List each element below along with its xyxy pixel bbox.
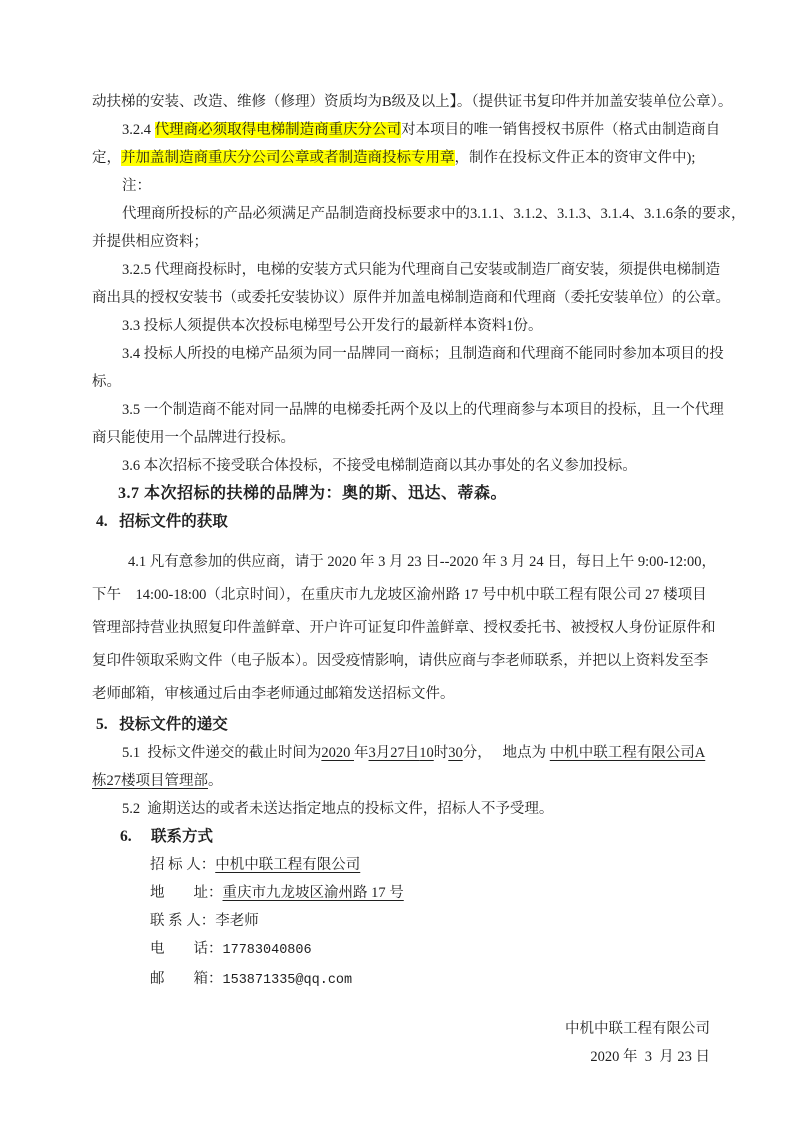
clause-3-5-line-1: 3.5 一个制造商不能对同一品牌的电梯委托两个及以上的代理商参与本项目的投标，且…	[92, 396, 712, 424]
text-segment: 年	[354, 745, 369, 761]
text-segment: 商只能使用一个品牌进行投标。	[92, 430, 295, 446]
submission-place-continued: 栋27楼项目管理部	[92, 773, 208, 789]
text-segment: 定，	[92, 150, 121, 166]
clause-3-6-line: 3.6 本次招标不接受联合体投标，不接受电梯制造商以其办事处的名义参加投标。	[92, 452, 712, 480]
deadline-minute: 30	[448, 745, 463, 761]
contact-address-label: 地 址：	[150, 885, 223, 901]
clause-5-1-line-1: 5.1 投标文件递交的截止时间为2020 年3月27日10时30分， 地点为 中…	[92, 739, 712, 767]
text-segment: 。	[208, 773, 223, 789]
clause-3-7-line: 3.7 本次招标的扶梯的品牌为：奥的斯、迅达、蒂森。	[92, 480, 712, 508]
highlighted-text: 代理商必须取得电梯制造商重庆分公司	[155, 122, 402, 138]
text-segment: 3.5 一个制造商不能对同一品牌的电梯委托两个及以上的代理商参与本项目的投标，且…	[122, 402, 724, 418]
text-segment: 注：	[122, 178, 151, 194]
text-segment: 分， 地点为	[463, 745, 550, 761]
text-segment: 3.7 本次招标的扶梯的品牌为：奥的斯、迅达、蒂森。	[118, 485, 507, 502]
highlighted-text: 并加盖制造商重庆分公司公章或者制造商投标专用章	[121, 150, 455, 166]
contact-tenderer-value: 中机中联工程有限公司	[215, 857, 360, 873]
footer-date: 2020 年 3 月 23 日	[92, 1043, 712, 1071]
contact-tenderer-line: 招 标 人：中机中联工程有限公司	[92, 851, 712, 879]
deadline-date: 3月27日	[369, 745, 420, 761]
submission-place: 中机中联工程有限公司A	[550, 745, 705, 761]
text-segment: 6. 联系方式	[120, 828, 213, 845]
clause-4-1-line-2: 下午 14:00-18:00（北京时间），在重庆市九龙坡区渝州路 17 号中机中…	[92, 579, 712, 612]
clause-5-1-line-2: 栋27楼项目管理部。	[92, 767, 712, 795]
contact-email-label: 邮 箱：	[150, 971, 223, 987]
clause-3-4-line-1: 3.4 投标人所投的电梯产品须为同一品牌同一商标；且制造商和代理商不能同时参加本…	[92, 340, 712, 368]
clause-3-2-5-line-2: 商出具的授权安装书（或委托安装协议）原件并加盖电梯制造商和代理商（委托安装单位）…	[92, 284, 712, 312]
contact-address-value: 重庆市九龙坡区渝州路 17 号	[223, 885, 404, 901]
text-segment: 3.4 投标人所投的电梯产品须为同一品牌同一商标；且制造商和代理商不能同时参加本…	[122, 346, 724, 362]
text-segment: 3.3 投标人须提供本次投标电梯型号公开发行的最新样本资料1份。	[122, 318, 543, 334]
text-segment: 代理商所投标的产品必须满足产品制造商投标要求中的3.1.1、3.1.2、3.1.…	[122, 206, 746, 222]
contact-person-value: 李老师	[215, 913, 259, 929]
clause-5-2-line: 5.2 逾期送达的或者未送达指定地点的投标文件，招标人不予受理。	[92, 795, 712, 823]
deadline-year: 2020	[321, 745, 354, 761]
text-segment: 管理部持营业执照复印件盖鲜章、开户许可证复印件盖鲜章、授权委托书、被授权人身份证…	[92, 620, 716, 636]
text-segment: 3.2.4	[122, 122, 155, 138]
text-segment: 5. 投标文件的递交	[96, 716, 228, 733]
clause-3-2-4-line-1: 3.2.4 代理商必须取得电梯制造商重庆分公司对本项目的唯一销售授权书原件（格式…	[92, 116, 712, 144]
heading-4: 4. 招标文件的获取	[92, 508, 712, 536]
clause-4-1-line-4: 复印件领取采购文件（电子版本）。因受疫情影响，请供应商与李老师联系，并把以上资料…	[92, 645, 712, 678]
clause-4-1-line-5: 老师邮箱，审核通过后由李老师通过邮箱发送招标文件。	[92, 678, 712, 711]
contact-tenderer-label: 招 标 人：	[150, 857, 215, 873]
heading-6: 6. 联系方式	[92, 823, 712, 851]
footer-company: 中机中联工程有限公司	[92, 1015, 712, 1043]
document-page: 动扶梯的安装、改造、维修（修理）资质均为B级及以上】。（提供证书复印件并加盖安装…	[0, 0, 800, 1130]
footer-signature: 中机中联工程有限公司 2020 年 3 月 23 日	[92, 1015, 712, 1071]
text-segment: 5.2 逾期送达的或者未送达指定地点的投标文件，招标人不予受理。	[122, 801, 553, 817]
text-segment: 老师邮箱，审核通过后由李老师通过邮箱发送招标文件。	[92, 686, 455, 702]
clause-3-2-4-line-2: 定，并加盖制造商重庆分公司公章或者制造商投标专用章，制作在投标文件正本的资审文件…	[92, 144, 712, 172]
text-segment: 时	[434, 745, 449, 761]
contact-person-line: 联 系 人：李老师	[92, 907, 712, 935]
text-segment: 动扶梯的安装、改造、维修（修理）资质均为B级及以上】。（提供证书复印件并加盖安装…	[92, 94, 732, 110]
text-segment: 4. 招标文件的获取	[96, 513, 228, 530]
clause-3-4-line-2: 标。	[92, 368, 712, 396]
note-label-line: 注：	[92, 172, 712, 200]
clause-3-5-line-2: 商只能使用一个品牌进行投标。	[92, 424, 712, 452]
heading-5: 5. 投标文件的递交	[92, 711, 712, 739]
text-segment: ，制作在投标文件正本的资审文件中);	[455, 150, 696, 166]
document-body: 动扶梯的安装、改造、维修（修理）资质均为B级及以上】。（提供证书复印件并加盖安装…	[92, 88, 712, 995]
contact-person-label: 联 系 人：	[150, 913, 215, 929]
text-segment: 并提供相应资料；	[92, 234, 208, 250]
text-segment: 下午 14:00-18:00（北京时间），在重庆市九龙坡区渝州路 17 号中机中…	[92, 587, 707, 603]
contact-email-value: 153871335@qq.com	[223, 973, 353, 988]
contact-phone-label: 电 话：	[150, 941, 223, 957]
text-segment: 对本项目的唯一销售授权书原件（格式由制造商自	[401, 122, 720, 138]
text-segment: 5.1 投标文件递交的截止时间为	[122, 745, 321, 761]
contact-phone-value: 17783040806	[223, 943, 312, 958]
text-segment: 商出具的授权安装书（或委托安装协议）原件并加盖电梯制造商和代理商（委托安装单位）…	[92, 290, 730, 306]
deadline-hour: 10	[419, 745, 434, 761]
text-segment: 3.6 本次招标不接受联合体投标，不接受电梯制造商以其办事处的名义参加投标。	[122, 458, 637, 474]
clause-3-continuation-line: 动扶梯的安装、改造、维修（修理）资质均为B级及以上】。（提供证书复印件并加盖安装…	[92, 88, 712, 116]
text-segment: 3.2.5 代理商投标时，电梯的安装方式只能为代理商自己安装或制造厂商安装，须提…	[122, 262, 720, 278]
clause-3-3-line: 3.3 投标人须提供本次投标电梯型号公开发行的最新样本资料1份。	[92, 312, 712, 340]
text-segment: 复印件领取采购文件（电子版本）。因受疫情影响，请供应商与李老师联系，并把以上资料…	[92, 653, 708, 669]
contact-phone-line: 电 话：17783040806	[92, 935, 712, 965]
clause-4-1-line-1: 4.1 凡有意参加的供应商，请于 2020 年 3 月 23 日--2020 年…	[92, 546, 712, 579]
note-body-line-1: 代理商所投标的产品必须满足产品制造商投标要求中的3.1.1、3.1.2、3.1.…	[92, 200, 712, 228]
clause-4-1-line-3: 管理部持营业执照复印件盖鲜章、开户许可证复印件盖鲜章、授权委托书、被授权人身份证…	[92, 612, 712, 645]
contact-email-line: 邮 箱：153871335@qq.com	[92, 965, 712, 995]
clause-3-2-5-line-1: 3.2.5 代理商投标时，电梯的安装方式只能为代理商自己安装或制造厂商安装，须提…	[92, 256, 712, 284]
text-segment: 4.1 凡有意参加的供应商，请于 2020 年 3 月 23 日--2020 年…	[128, 554, 716, 570]
note-body-line-2: 并提供相应资料；	[92, 228, 712, 256]
contact-address-line: 地 址：重庆市九龙坡区渝州路 17 号	[92, 879, 712, 907]
text-segment: 标。	[92, 374, 121, 390]
